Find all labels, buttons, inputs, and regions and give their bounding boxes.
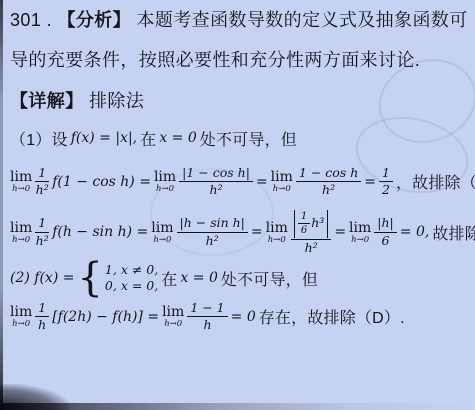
fraction-numerator: 1: [35, 301, 49, 317]
bottom-left-corner-shadow: [0, 384, 70, 410]
math-text: 1 − cos h: [299, 166, 358, 180]
fraction: 1h: [35, 301, 49, 333]
fraction: |h|6: [374, 216, 396, 248]
fraction-denominator: 6: [382, 233, 390, 248]
limit-operator: limh→0: [162, 305, 184, 329]
fraction-numerator: 16h³: [291, 210, 331, 240]
cjk-text: 存在，故排除（D）.: [259, 305, 405, 328]
lim-subscript: h→0: [12, 236, 30, 245]
cjk-text: 在: [140, 127, 156, 150]
limit-operator: limh→0: [10, 305, 32, 329]
math-text: 1: [38, 301, 46, 315]
solution-page: 301 . 【分析】 本题考查函数导数的定义式及抽象函数可 导的充要条件，按照必…: [0, 0, 475, 410]
fraction-denominator: h²: [322, 182, 335, 197]
detail-tag: 【详解】: [10, 91, 84, 111]
lim-word: lim: [162, 305, 184, 319]
case-rows: 1, x ≠ 0,0, x = 0,: [105, 263, 158, 294]
fraction-denominator: 6: [301, 224, 307, 237]
fraction: 16: [298, 211, 310, 237]
fraction-numerator: 1: [298, 211, 310, 225]
left-edge-shadow: [0, 0, 3, 410]
fraction: 16h³h²: [291, 210, 331, 255]
fraction-numerator: |h|: [374, 216, 396, 232]
math-text: h: [203, 318, 211, 332]
math-text: f(h − sin h) =: [52, 224, 148, 240]
fraction-numerator: 1 − cos h: [296, 166, 361, 182]
lim-word: lim: [10, 221, 32, 235]
detail-text: 排除法: [89, 91, 144, 111]
lim-subscript: h→0: [12, 185, 30, 194]
math-text: x = 0: [159, 130, 196, 146]
math-text: h²: [305, 241, 318, 255]
math-text: =: [334, 224, 346, 240]
fraction: 1h²: [35, 216, 49, 248]
fraction: 1 − 1h: [187, 301, 227, 333]
cjk-text: 在: [161, 267, 177, 290]
math-text: [f(2h) − f(h)] =: [52, 309, 159, 325]
math-text: h²: [322, 183, 335, 197]
cjk-text: 处不可导，但: [200, 127, 297, 150]
fraction-denominator: h: [203, 317, 211, 332]
analysis-tag: 【分析】: [57, 10, 131, 30]
math-text: h³: [311, 216, 324, 230]
formula-limit-diff-line: limh→01h[f(2h) − f(h)] =limh→01 − 1h= 0存…: [10, 301, 471, 333]
math-text: h: [38, 318, 46, 332]
fraction: 1 − cos hh²: [296, 166, 361, 198]
math-text: x = 0: [180, 270, 217, 286]
analysis-line-1: 301 . 【分析】 本题考查函数导数的定义式及抽象函数可: [10, 8, 471, 32]
math-text: f(1 − cos h) =: [52, 174, 151, 190]
case-row: 1, x ≠ 0,: [105, 263, 158, 277]
bottom-edge-shadow: [0, 403, 475, 410]
absolute-value: 16h³: [294, 210, 328, 238]
math-text: |h|: [377, 216, 393, 230]
lim-subscript: h→0: [12, 320, 30, 329]
fraction-denominator: h²: [36, 182, 49, 197]
math-text: = 0,: [400, 224, 430, 240]
fraction-denominator: h²: [305, 240, 318, 255]
lim-subscript: h→0: [351, 236, 369, 245]
cjk-text: 处不可导，但: [221, 267, 318, 290]
math-text: 1 − 1: [190, 301, 224, 315]
math-text: f(x) = |x|,: [71, 130, 137, 146]
watermark-circle: [150, 168, 274, 256]
lim-subscript: h→0: [273, 185, 291, 194]
lim-word: lim: [349, 221, 371, 235]
limit-operator: limh→0: [349, 221, 371, 245]
lim-word: lim: [271, 170, 293, 184]
piecewise-cases: {1, x ≠ 0,0, x = 0,: [77, 261, 158, 295]
math-text: 6: [301, 225, 307, 237]
lim-word: lim: [10, 170, 32, 184]
cjk-text: 故排除（C）.: [432, 221, 475, 244]
math-text: (2) f(x) =: [10, 270, 74, 286]
math-text: = 0: [231, 309, 256, 325]
lim-subscript: h→0: [164, 320, 182, 329]
math-text: 6: [382, 234, 390, 248]
limit-operator: limh→0: [271, 170, 293, 194]
analysis-text: 本题考查函数导数的定义式及抽象函数可: [136, 10, 467, 30]
cjk-text: （1）设: [10, 127, 68, 150]
fraction-numerator: 1: [35, 166, 49, 182]
case2-piecewise-line: (2) f(x) ={1, x ≠ 0,0, x = 0,在x = 0处不可导，…: [10, 261, 471, 295]
math-text: 1: [38, 216, 46, 230]
lim-word: lim: [10, 305, 32, 319]
fraction-denominator: h²: [36, 233, 49, 248]
fraction-numerator: 1: [35, 216, 49, 232]
lim-subscript: h→0: [268, 236, 286, 245]
math-text: 1: [301, 211, 307, 223]
math-text: h²: [36, 183, 49, 197]
brace-glyph: {: [77, 261, 102, 295]
limit-operator: limh→0: [10, 221, 32, 245]
math-text: 1: [38, 166, 46, 180]
case-row: 0, x = 0,: [105, 279, 158, 293]
limit-operator: limh→0: [10, 170, 32, 194]
fraction-denominator: h: [38, 317, 46, 332]
math-text: h²: [36, 234, 49, 248]
fraction: 1h²: [35, 166, 49, 198]
fraction-numerator: 1 − 1: [187, 301, 227, 317]
problem-number: 301 .: [10, 10, 52, 30]
